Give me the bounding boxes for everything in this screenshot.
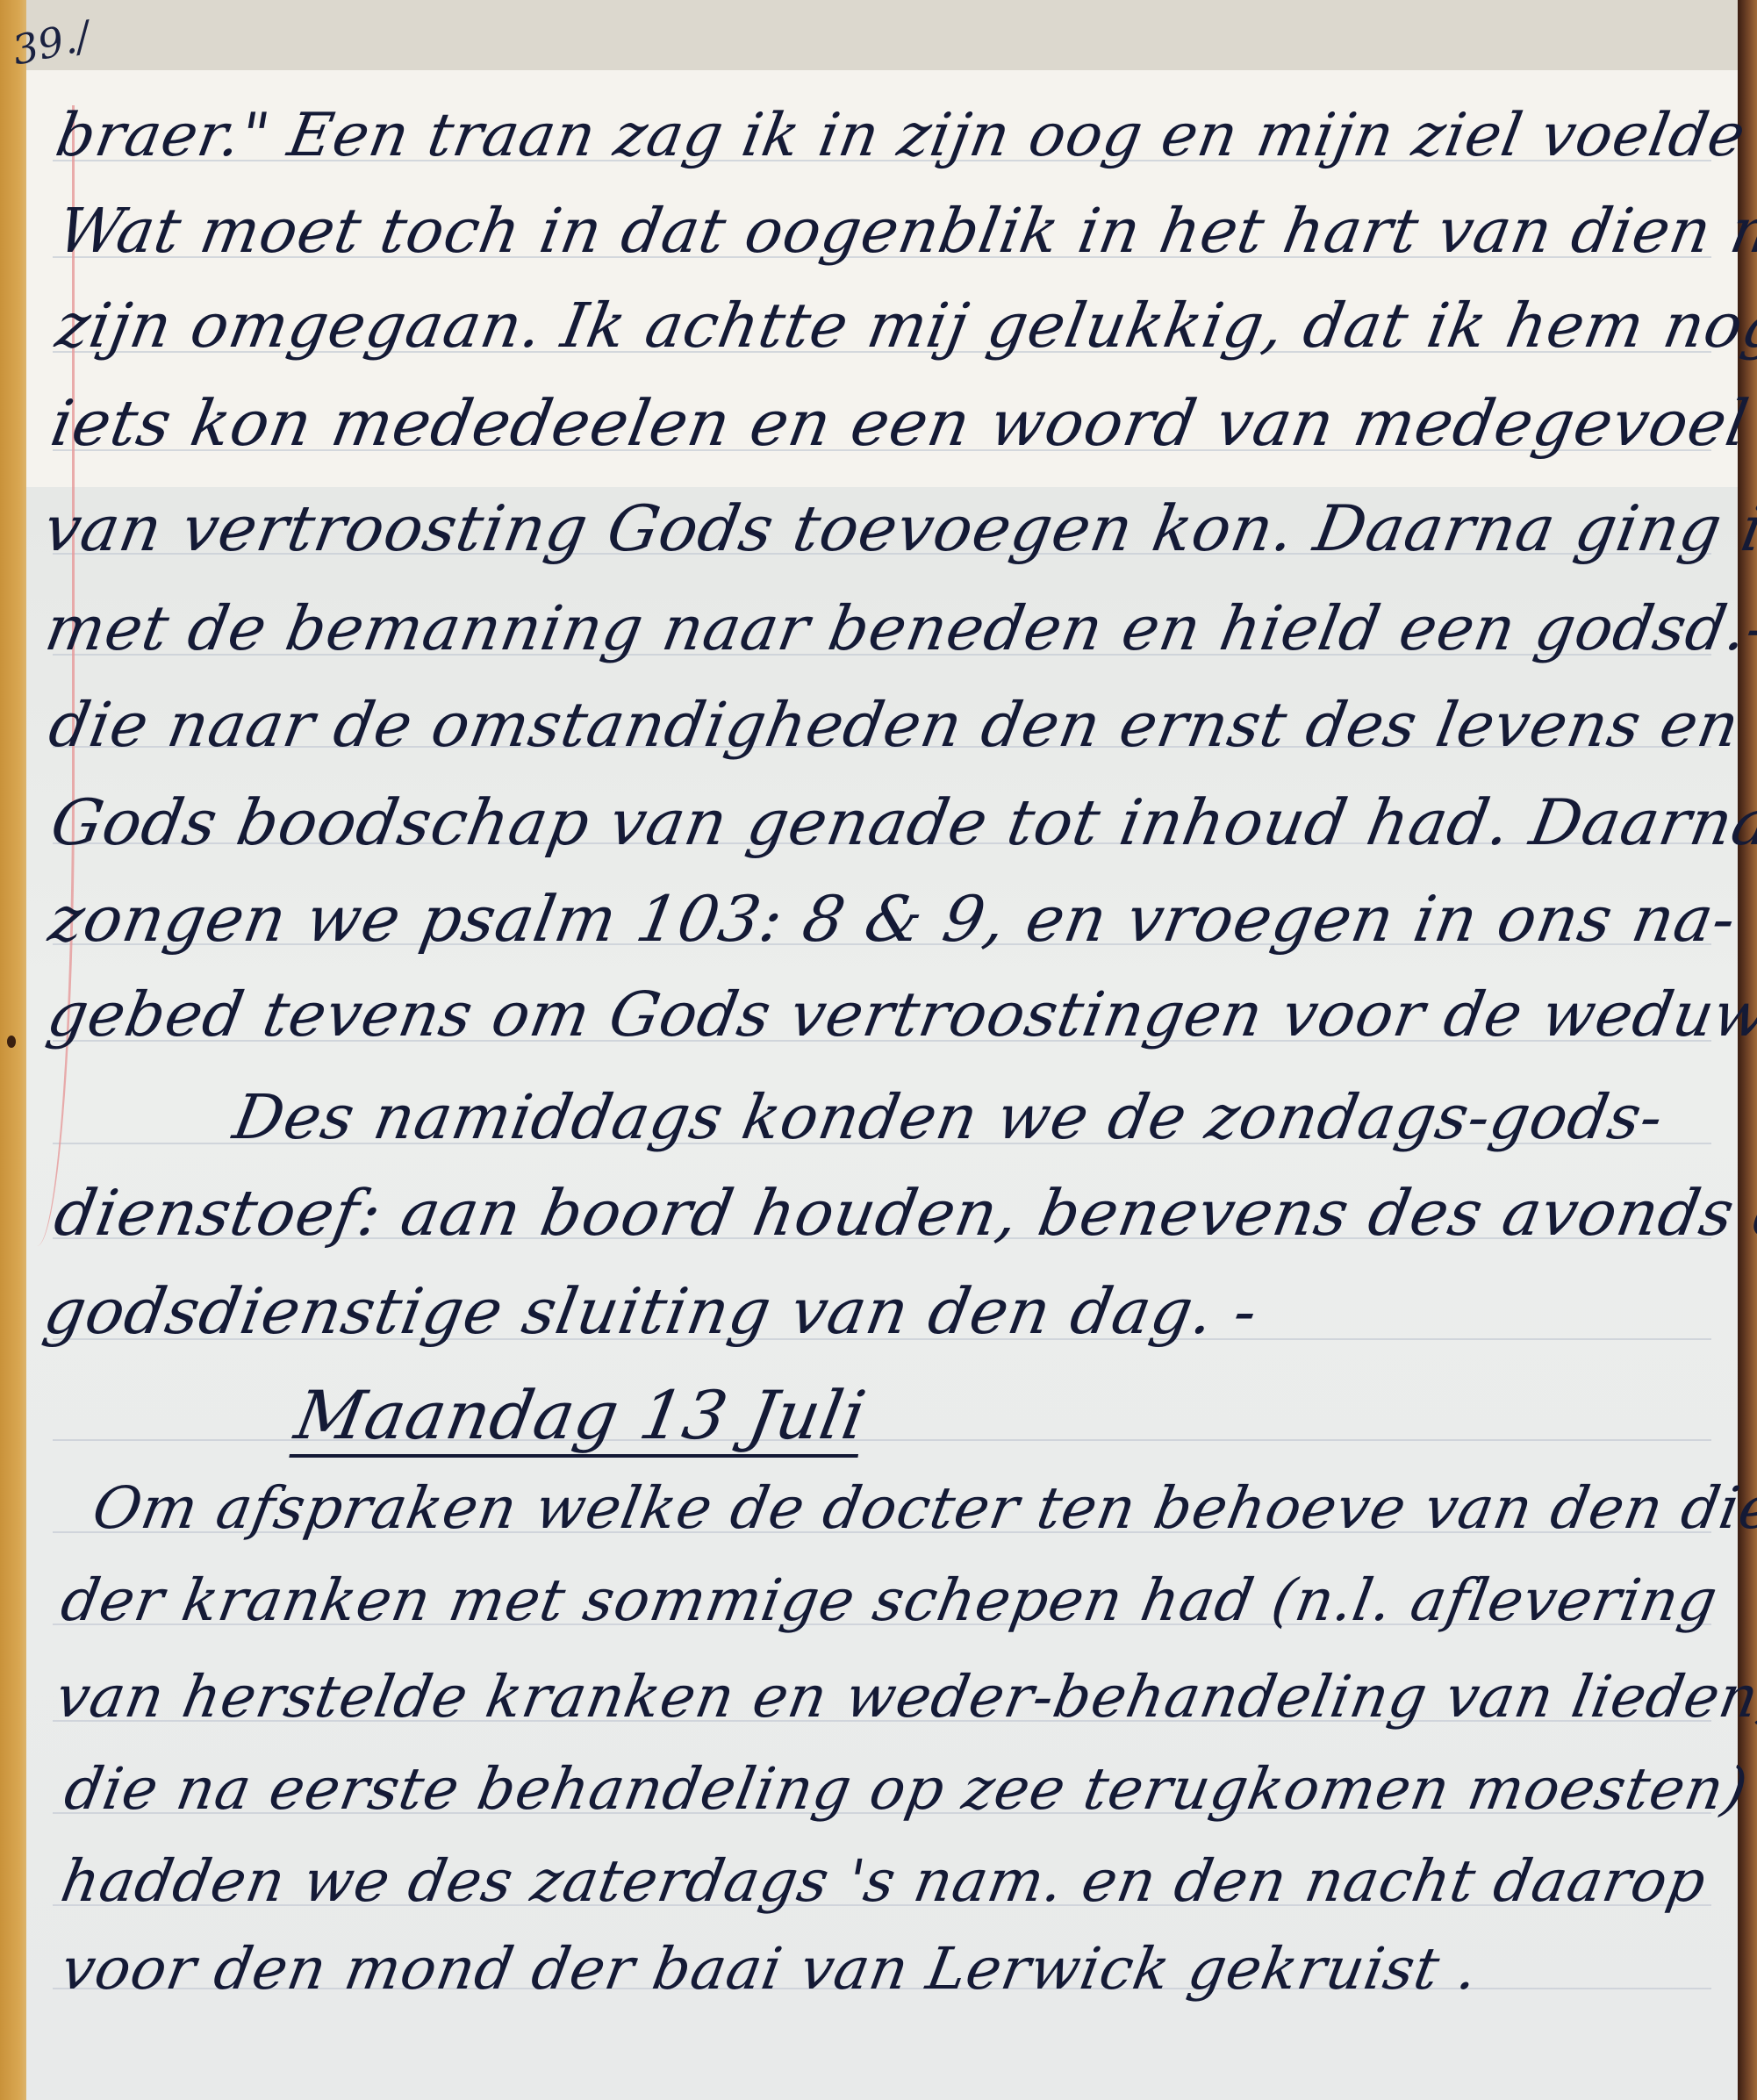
text-line-7: die naar de omstandigheden den ernst des… [44, 689, 1757, 761]
text-line-3: zijn omgegaan. Ik achtte mij gelukkig, d… [51, 290, 1757, 362]
text-line-4: iets kon mededeelen en een woord van med… [46, 386, 1757, 460]
date-heading: Maandag 13 Juli [290, 1376, 872, 1454]
text-line-6: met de bemanning naar beneden en hield e… [40, 592, 1757, 664]
page-top-shadow [26, 0, 1757, 70]
text-line-16: der kranken met sommige schepen had (n.l… [56, 1566, 1723, 1634]
text-line-1: braer." Een traan zag ik in zijn oog en … [51, 101, 1757, 170]
text-line-11: Des namiddags konden we de zondags-gods- [228, 1081, 1669, 1153]
text-line-20: voor den mond der baai van Lerwick gekru… [56, 1935, 1483, 2003]
text-line-15: Om afspraken welke de docter ten behoeve… [88, 1474, 1757, 1542]
text-line-17: van herstelde kranken en weder-behandeli… [51, 1663, 1757, 1731]
text-line-5: van vertroosting Gods toevoegen kon. Daa… [39, 491, 1757, 565]
text-line-2: Wat moet toch in dat oogenblik in het ha… [53, 195, 1757, 267]
ink-stain [7, 1036, 16, 1048]
journal-page: 39./ braer." Een traan zag ik in zijn oo… [0, 0, 1757, 2100]
text-line-19: hadden we des zaterdags 's nam. en den n… [56, 1847, 1711, 1915]
text-line-9: zongen we psalm 103: 8 & 9, en vroegen i… [44, 882, 1742, 956]
text-line-12: dienstoef: aan boord houden, benevens de… [49, 1176, 1757, 1250]
text-line-10: gebed tevens om Gods vertroostingen voor… [42, 978, 1757, 1050]
text-line-18: die na eerste behandeling op zee terugko… [60, 1755, 1753, 1823]
text-line-8: Gods boodschap van genade tot inhoud had… [46, 785, 1757, 859]
text-line-13: godsdienstige sluiting van den dag. - [39, 1274, 1264, 1348]
